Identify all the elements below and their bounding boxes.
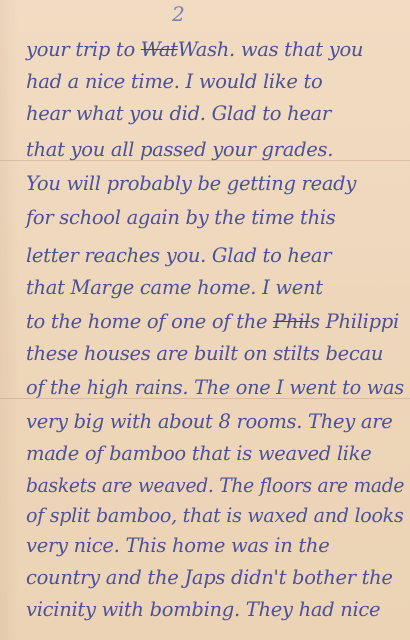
text-line: baskets are weaved. The floors are made: [26, 474, 389, 497]
text-line: vicinity with bombing. They had nice: [26, 598, 404, 621]
text-line: to the home of one of the Phils Philippi: [26, 310, 404, 333]
text-line: that you all passed your grades.: [26, 138, 404, 161]
text-line: made of bamboo that is weaved like: [26, 442, 404, 465]
struck-text: Wat: [141, 38, 178, 61]
text-line: your trip to WatWash. was that you: [26, 38, 404, 61]
text-line: letter reaches you. Glad to hear: [26, 244, 404, 267]
text-line: You will probably be getting ready: [26, 172, 404, 195]
text-line: very nice. This home was in the: [26, 534, 404, 557]
text-line: of the high rains. The one I went to was: [26, 376, 400, 399]
struck-text: Phil: [273, 310, 310, 333]
text-line: that Marge came home. I went: [26, 276, 404, 299]
text-line: hear what you did. Glad to hear: [26, 102, 404, 125]
text-line: these houses are built on stilts becau: [26, 342, 404, 365]
text-line: had a nice time. I would like to: [26, 70, 404, 93]
text-line: for school again by the time this: [26, 206, 404, 229]
page-number: 2: [172, 2, 185, 26]
letter-page: 2 your trip to WatWash. was that you had…: [0, 0, 410, 640]
text-line: of split bamboo, that is waxed and looks: [26, 504, 396, 527]
text-line: very big with about 8 rooms. They are: [26, 410, 404, 433]
text-line: country and the Japs didn't bother the: [26, 566, 404, 589]
